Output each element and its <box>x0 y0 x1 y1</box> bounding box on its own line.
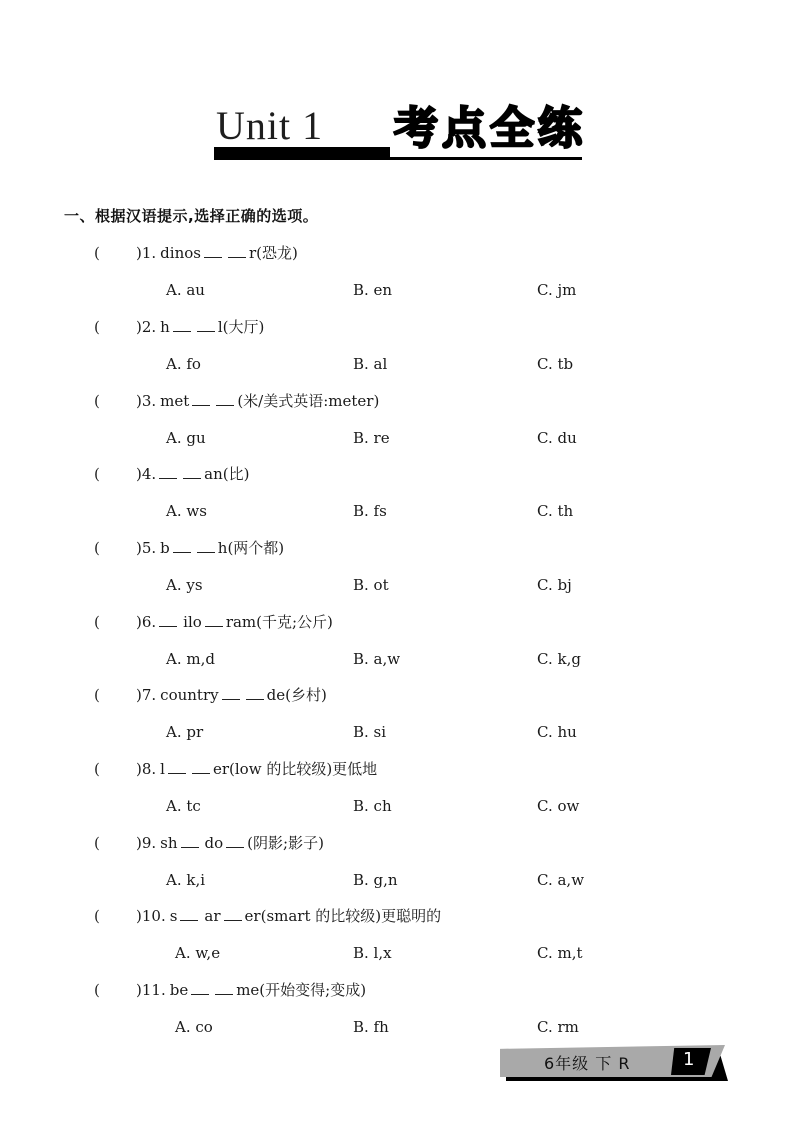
question-text: ar <box>204 907 220 925</box>
option-c[interactable]: C. a,w <box>537 870 584 890</box>
question-text: an(比) <box>204 465 249 483</box>
question-stem: )4.an(比) <box>136 464 249 484</box>
question-text: h <box>160 318 170 336</box>
option-a[interactable]: A. gu <box>166 428 206 448</box>
question-number: )8. <box>136 760 156 778</box>
option-b[interactable]: B. fh <box>353 1017 389 1037</box>
fill-blank <box>159 465 177 479</box>
option-c[interactable]: C. jm <box>537 280 576 300</box>
fill-blank <box>215 981 233 995</box>
question-stem: )1.dinosr(恐龙) <box>136 243 298 263</box>
option-b[interactable]: B. si <box>353 722 386 742</box>
answer-paren-open: ( <box>94 391 100 411</box>
answer-slot[interactable] <box>103 833 133 853</box>
option-b[interactable]: B. l,x <box>353 943 392 963</box>
question-row: ()9.shdo(阴影;影子) <box>0 833 797 853</box>
question-number: )11. <box>136 981 166 999</box>
option-c[interactable]: C. th <box>537 501 573 521</box>
answer-slot[interactable] <box>103 759 133 779</box>
question-stem: )8.ler(low 的比较级)更低地 <box>136 759 377 779</box>
question-text: b <box>160 539 170 557</box>
question-stem: )5.bh(两个都) <box>136 538 284 558</box>
question-text: do <box>205 834 224 852</box>
question-text: er(smart 的比较级)更聪明的 <box>245 907 442 925</box>
question-stem: )2.hl(大厅) <box>136 317 264 337</box>
answer-paren-open: ( <box>94 538 100 558</box>
fill-blank <box>173 539 191 553</box>
question-stem: )6.iloram(千克;公斤) <box>136 612 333 632</box>
option-b[interactable]: B. al <box>353 354 387 374</box>
fill-blank <box>197 318 215 332</box>
fill-blank <box>222 686 240 700</box>
answer-slot[interactable] <box>103 980 133 1000</box>
fill-blank <box>180 907 198 921</box>
question-stem: )7.countryde(乡村) <box>136 685 327 705</box>
question-number: )6. <box>136 613 156 631</box>
option-b[interactable]: B. en <box>353 280 392 300</box>
question-text: (米/美式英语:meter) <box>237 392 379 410</box>
question-row: ()7.countryde(乡村) <box>0 685 797 705</box>
page-title: Unit 1 考点全练 <box>214 100 584 162</box>
option-b[interactable]: B. ch <box>353 796 392 816</box>
option-c[interactable]: C. bj <box>537 575 572 595</box>
fill-blank <box>168 760 186 774</box>
answer-slot[interactable] <box>103 685 133 705</box>
option-a[interactable]: A. ws <box>166 501 207 521</box>
option-b[interactable]: B. re <box>353 428 390 448</box>
fill-blank <box>228 244 246 258</box>
question-text: be <box>170 981 188 999</box>
answer-paren-open: ( <box>94 464 100 484</box>
question-row: ()4.an(比) <box>0 464 797 484</box>
question-row: ()1.dinosr(恐龙) <box>0 243 797 263</box>
option-c[interactable]: C. m,t <box>537 943 583 963</box>
answer-paren-open: ( <box>94 612 100 632</box>
option-c[interactable]: C. rm <box>537 1017 579 1037</box>
option-a[interactable]: A. m,d <box>166 649 215 669</box>
option-c[interactable]: C. tb <box>537 354 573 374</box>
answer-slot[interactable] <box>103 317 133 337</box>
question-row: ()2.hl(大厅) <box>0 317 797 337</box>
fill-blank <box>183 465 201 479</box>
fill-blank <box>224 907 242 921</box>
question-text: er(low 的比较级)更低地 <box>213 760 377 778</box>
grade-label: 6年级 下 R <box>544 1051 630 1074</box>
option-a[interactable]: A. k,i <box>166 870 205 890</box>
question-text: h(两个都) <box>218 539 284 557</box>
answer-paren-open: ( <box>94 906 100 926</box>
option-a[interactable]: A. pr <box>166 722 203 742</box>
answer-slot[interactable] <box>103 464 133 484</box>
question-text: (阴影;影子) <box>247 834 324 852</box>
fill-blank <box>192 392 210 406</box>
answer-paren-open: ( <box>94 317 100 337</box>
option-a[interactable]: A. fo <box>166 354 201 374</box>
option-c[interactable]: C. k,g <box>537 649 581 669</box>
option-c[interactable]: C. ow <box>537 796 579 816</box>
question-number: )1. <box>136 244 156 262</box>
fill-blank <box>205 613 223 627</box>
fill-blank <box>191 981 209 995</box>
answer-paren-open: ( <box>94 833 100 853</box>
option-b[interactable]: B. ot <box>353 575 389 595</box>
question-text: r(恐龙) <box>249 244 298 262</box>
question-row: ()10.sarer(smart 的比较级)更聪明的 <box>0 906 797 926</box>
fill-blank <box>226 834 244 848</box>
question-text: ilo <box>183 613 202 631</box>
unit-subtitle: 考点全练 <box>394 102 586 156</box>
option-a[interactable]: A. au <box>166 280 205 300</box>
fill-blank <box>181 834 199 848</box>
fill-blank <box>216 392 234 406</box>
footer-badge: 6年级 下 R 1 <box>500 1045 735 1085</box>
question-text: s <box>170 907 178 925</box>
fill-blank <box>173 318 191 332</box>
question-row: ()6.iloram(千克;公斤) <box>0 612 797 632</box>
question-text: dinos <box>160 244 201 262</box>
question-text: de(乡村) <box>267 686 327 704</box>
title-underline-thick <box>214 147 390 160</box>
unit-title: Unit 1 <box>216 104 323 148</box>
question-row: ()8.ler(low 的比较级)更低地 <box>0 759 797 779</box>
question-stem: )9.shdo(阴影;影子) <box>136 833 324 853</box>
option-c[interactable]: C. du <box>537 428 577 448</box>
answer-paren-open: ( <box>94 685 100 705</box>
question-stem: )11.beme(开始变得;变成) <box>136 980 366 1000</box>
question-number: )3. <box>136 392 156 410</box>
option-a[interactable]: A. co <box>175 1017 213 1037</box>
answer-slot[interactable] <box>103 391 133 411</box>
answer-paren-open: ( <box>94 243 100 263</box>
question-number: )7. <box>136 686 156 704</box>
fill-blank <box>197 539 215 553</box>
answer-slot[interactable] <box>103 906 133 926</box>
fill-blank <box>246 686 264 700</box>
question-number: )4. <box>136 465 156 483</box>
option-a[interactable]: A. w,e <box>175 943 220 963</box>
section-heading: 一、根据汉语提示,选择正确的选项。 <box>64 205 318 226</box>
question-text: l <box>160 760 165 778</box>
question-number: )9. <box>136 834 156 852</box>
question-number: )10. <box>136 907 166 925</box>
answer-slot[interactable] <box>103 538 133 558</box>
option-a[interactable]: A. tc <box>166 796 201 816</box>
question-row: ()5.bh(两个都) <box>0 538 797 558</box>
title-underline-thin <box>390 157 582 160</box>
question-stem: )3.met(米/美式英语:meter) <box>136 391 379 411</box>
question-row: ()3.met(米/美式英语:meter) <box>0 391 797 411</box>
option-a[interactable]: A. ys <box>166 575 203 595</box>
fill-blank <box>204 244 222 258</box>
answer-paren-open: ( <box>94 759 100 779</box>
question-stem: )10.sarer(smart 的比较级)更聪明的 <box>136 906 441 926</box>
option-b[interactable]: B. g,n <box>353 870 398 890</box>
answer-slot[interactable] <box>103 243 133 263</box>
question-row: ()11.beme(开始变得;变成) <box>0 980 797 1000</box>
fill-blank <box>192 760 210 774</box>
option-c[interactable]: C. hu <box>537 722 577 742</box>
option-b[interactable]: B. fs <box>353 501 387 521</box>
fill-blank <box>159 613 177 627</box>
question-number: )2. <box>136 318 156 336</box>
page-number: 1 <box>683 1049 694 1070</box>
question-text: sh <box>160 834 177 852</box>
question-text: ram(千克;公斤) <box>226 613 333 631</box>
question-text: l(大厅) <box>218 318 265 336</box>
question-text: me(开始变得;变成) <box>236 981 366 999</box>
answer-paren-open: ( <box>94 980 100 1000</box>
question-text: met <box>160 392 189 410</box>
question-text: country <box>160 686 218 704</box>
question-number: )5. <box>136 539 156 557</box>
option-b[interactable]: B. a,w <box>353 649 400 669</box>
answer-slot[interactable] <box>103 612 133 632</box>
